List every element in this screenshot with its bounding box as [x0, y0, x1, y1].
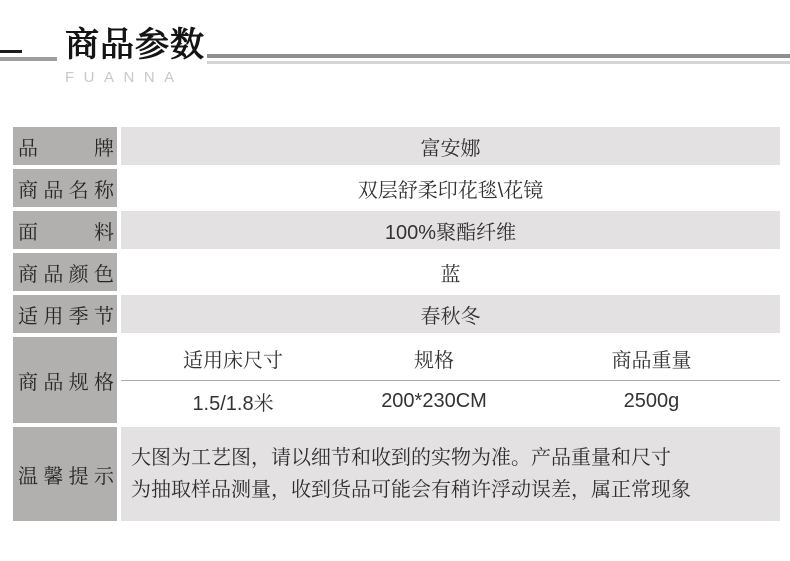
row-label-text: 适用季节: [13, 300, 117, 329]
spec-column-header: 规格: [345, 344, 523, 373]
table-row-notice: 温馨提示 大图为工艺图，请以细节和收到的实物为准。产品重量和尺寸 为抽取样品测量…: [13, 427, 780, 521]
row-label: 适用季节: [13, 295, 117, 333]
row-label: 商品规格: [13, 337, 117, 423]
row-label-text: 商品颜色: [13, 258, 117, 287]
row-label: 商品名称: [13, 169, 117, 207]
header-rule-right-dark: [207, 54, 790, 58]
spec-header-row: 适用床尺寸 规格 商品重量: [121, 337, 780, 381]
table-row-fabric: 面 料 100%聚酯纤维: [13, 211, 780, 249]
table-row-color: 商品颜色 蓝: [13, 253, 780, 291]
brand-subtitle: FUANNA: [65, 69, 205, 86]
row-value: 双层舒柔印花毯\花镜: [121, 169, 780, 207]
page-title: 商品参数: [65, 24, 205, 66]
spec-column-value: 2500g: [523, 390, 780, 413]
notice-text: 大图为工艺图，请以细节和收到的实物为准。产品重量和尺寸 为抽取样品测量，收到货品…: [121, 427, 780, 521]
row-label: 面 料: [13, 211, 117, 249]
table-row-brand: 品 牌 富安娜: [13, 127, 780, 165]
notice-text-line: 为抽取样品测量，收到货品可能会有稍许浮动误差，属正常现象: [131, 474, 780, 506]
row-value: 春秋冬: [121, 295, 780, 333]
spec-grid: 适用床尺寸 规格 商品重量 1.5/1.8米 200*230CM 2500g: [121, 337, 780, 423]
spec-value-row: 1.5/1.8米 200*230CM 2500g: [121, 381, 780, 424]
table-row-product-name: 商品名称 双层舒柔印花毯\花镜: [13, 169, 780, 207]
header-rule-left-black: [0, 50, 22, 53]
header: 商品参数 FUANNA: [65, 24, 205, 86]
spec-column-value: 1.5/1.8米: [121, 387, 345, 416]
row-label-text: 面 料: [13, 216, 117, 245]
header-rule-left-gray: [0, 57, 57, 61]
row-label: 商品颜色: [13, 253, 117, 291]
spec-column-header: 适用床尺寸: [121, 344, 345, 373]
row-label-text: 品 牌: [13, 132, 117, 161]
row-label-text: 商品名称: [13, 174, 117, 203]
table-row-spec: 商品规格 适用床尺寸 规格 商品重量 1.5/1.8米 200*230CM 25…: [13, 337, 780, 423]
product-parameters-table: 品 牌 富安娜 商品名称 双层舒柔印花毯\花镜 面 料 100%聚酯纤维 商品颜…: [13, 127, 780, 521]
row-label-text: 商品规格: [13, 366, 117, 395]
spec-column-header: 商品重量: [523, 344, 780, 373]
row-label: 温馨提示: [13, 427, 117, 521]
row-value: 100%聚酯纤维: [121, 211, 780, 249]
table-row-season: 适用季节 春秋冬: [13, 295, 780, 333]
header-rule-right-light: [207, 61, 790, 64]
notice-text-line: 大图为工艺图，请以细节和收到的实物为准。产品重量和尺寸: [131, 442, 780, 474]
row-value: 富安娜: [121, 127, 780, 165]
row-label-text: 温馨提示: [13, 460, 117, 489]
spec-column-value: 200*230CM: [345, 390, 523, 413]
row-label: 品 牌: [13, 127, 117, 165]
row-value: 蓝: [121, 253, 780, 291]
